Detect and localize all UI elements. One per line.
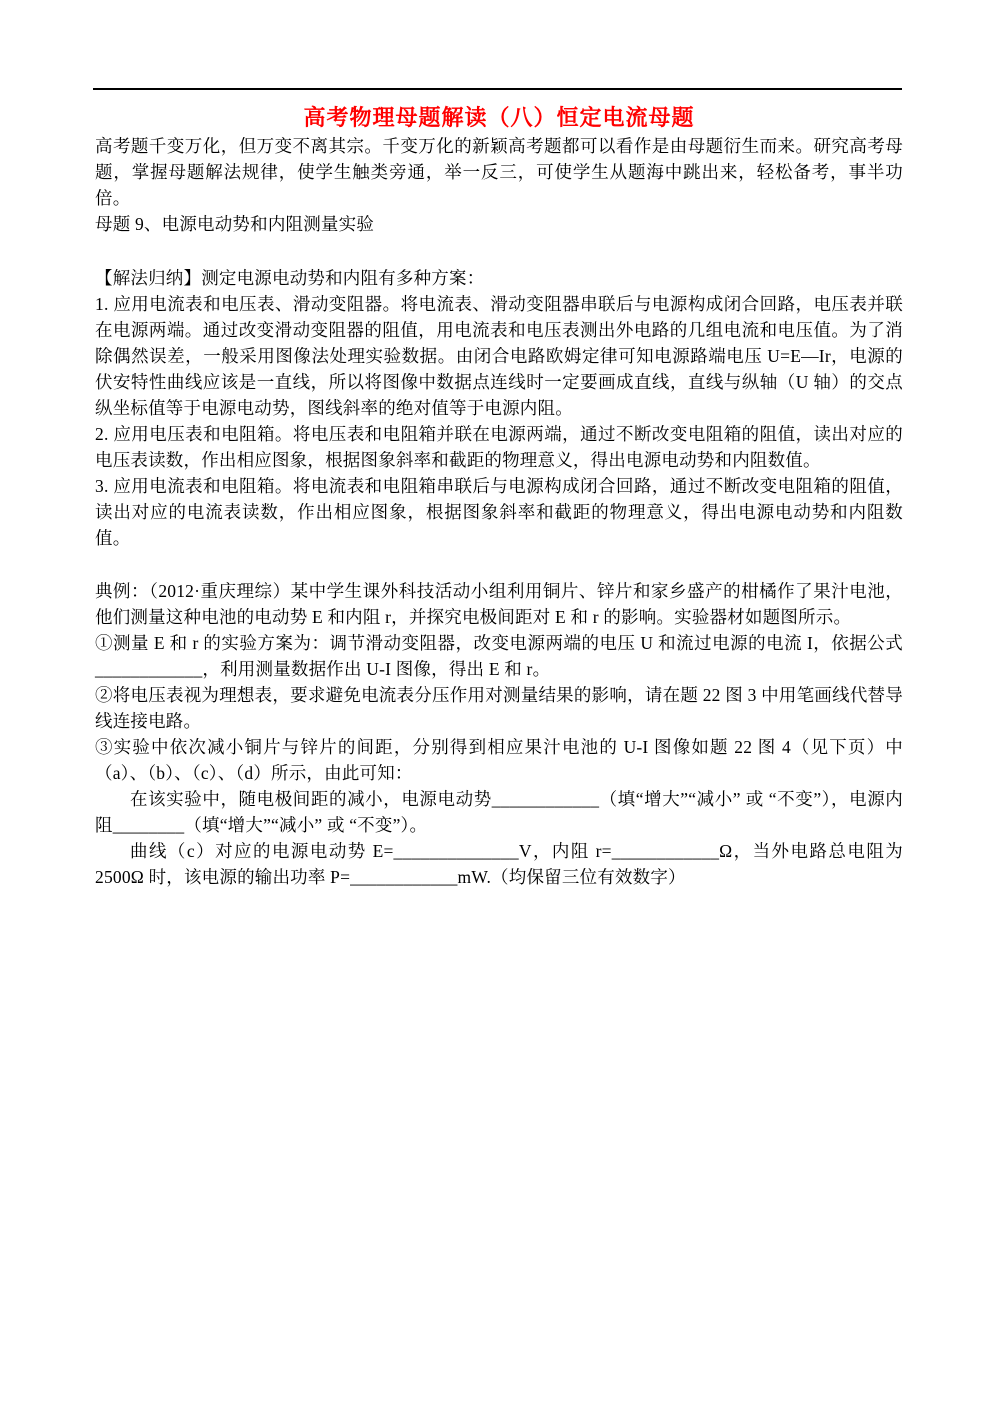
fill-blank-line-1: 在该实验中，随电极间距的减小，电源电动势____________（填“增大”“减… xyxy=(95,786,903,838)
method-item-2: 2. 应用电压表和电阻箱。将电压表和电阻箱并联在电源两端，通过不断改变电阻箱的阻… xyxy=(95,421,903,473)
example-problem-block: 典例：（2012·重庆理综）某中学生课外科技活动小组利用铜片、锌片和家乡盛产的柑… xyxy=(95,578,903,890)
document-page: 高考物理母题解读（八）恒定电流母题 高考题千变万化，但万变不离其宗。千变万化的新… xyxy=(0,0,993,1404)
method-item-3: 3. 应用电流表和电阻箱。将电流表和电阻箱串联后与电源构成闭合回路，通过不断改变… xyxy=(95,473,903,551)
intro-paragraph: 高考题千变万化，但万变不离其宗。千变万化的新颖高考题都可以看作是由母题衍生而来。… xyxy=(95,133,903,211)
method-summary-block: 【解法归纳】测定电源电动势和内阻有多种方案： 1. 应用电流表和电压表、滑动变阻… xyxy=(95,265,903,551)
example-step-1: ①测量 E 和 r 的实验方案为：调节滑动变阻器，改变电源两端的电压 U 和流过… xyxy=(95,630,903,682)
example-intro: 典例：（2012·重庆理综）某中学生课外科技活动小组利用铜片、锌片和家乡盛产的柑… xyxy=(95,578,903,630)
document-content: 高考物理母题解读（八）恒定电流母题 高考题千变万化，但万变不离其宗。千变万化的新… xyxy=(95,0,903,890)
document-title: 高考物理母题解读（八）恒定电流母题 xyxy=(95,103,903,133)
example-step-3: ③实验中依次减小铜片与锌片的间距，分别得到相应果汁电池的 U-I 图像如题 22… xyxy=(95,734,903,786)
method-item-1: 1. 应用电流表和电压表、滑动变阻器。将电流表、滑动变阻器串联后与电源构成闭合回… xyxy=(95,291,903,421)
example-step-2: ②将电压表视为理想表，要求避免电流表分压作用对测量结果的影响，请在题 22 图 … xyxy=(95,682,903,734)
method-heading: 【解法归纳】测定电源电动势和内阻有多种方案： xyxy=(95,265,903,291)
fill-blank-line-2: 曲线（c）对应的电源电动势 E=______________V，内阻 r=___… xyxy=(95,838,903,890)
section-heading-topic-9: 母题 9、电源电动势和内阻测量实验 xyxy=(95,211,903,237)
